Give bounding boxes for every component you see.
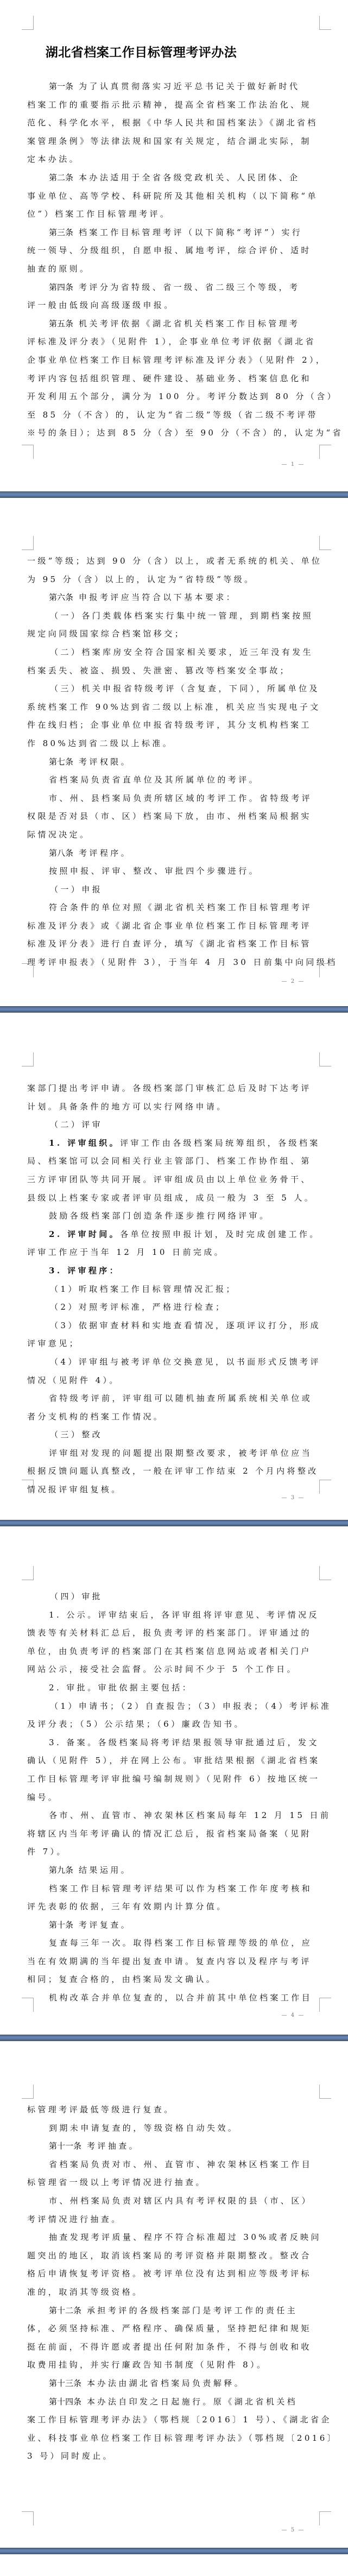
text-line: 编号。 <box>27 1789 255 1807</box>
line-text: 馈表等有关材料汇总后，报负责考评的档案部门。评审通过的 <box>27 1628 312 1638</box>
text-line: 范化、科学化水平，根据《中华人民共和国档案法》《湖北省档 <box>27 114 255 132</box>
bold-subheading: 3. 评审程序： <box>49 1266 120 1276</box>
line-text: （一）申报 <box>50 885 103 894</box>
line-text: 当在有效期满的当年提出复查申请。复查内容以及程序与考评 <box>27 1956 312 1966</box>
line-text: （二）档案库房安全符合国家相关要求，近三年没有发生 <box>50 647 313 657</box>
line-text: 情况报评审组复核。 <box>27 1485 122 1494</box>
line-text: ※号的条目）；达到 85 分（含）至 90 分（不含）的，认定为“省 <box>27 428 343 438</box>
line-text: 考评复查。 <box>79 1920 131 1930</box>
line-text: 事业单位、高等学校、科研院所及其他相关机构（以下简称“单 <box>27 191 318 201</box>
text-line: 至 85 分（不含）的，认定为“省二级”等级（省二级不考评带 <box>27 406 255 425</box>
line-text: 业、科技事业单位档案工作目标管理考评办法》（鄂档规〔2016〕 <box>27 2433 338 2443</box>
page-number: — 1 — <box>280 462 307 468</box>
article-heading-line: 第一条为了认真贯彻落实习近平总书记关于做好新时代 <box>27 78 255 96</box>
crop-mark-top-left <box>22 1566 34 1580</box>
line-text: 按照申报、评审、整改、审批四个步骤进行。 <box>49 866 260 876</box>
text-line: 评一般由低级向高级逐级申报。 <box>27 296 255 315</box>
text-line: 考评内容包括组织管理、硬件建设、基础业务、档案信息化和 <box>27 370 255 388</box>
page-number: — 3 — <box>280 1495 307 1501</box>
text-line: 市、州、县档案局负责所辖区域的考评工作。省特级考评 <box>27 790 255 808</box>
text-line: 题突出的地区，取消该档案局的考评资格并限期整改。整改合 <box>27 2247 255 2265</box>
line-text: 单位，由负责考评的档案部门在其档案信息网站或者相关门户 <box>27 1646 312 1656</box>
line-text: 评标准及评分表》（见附件 1），企事业单位考评依据《湖北省 <box>27 337 316 346</box>
line-text: 网站公示，接受社会监督。公示时间不少于 5 个工作日。 <box>27 1664 298 1674</box>
text-line: 3. 备案。各级档案局将考评结果报领导审批通过后，发文 <box>27 1734 255 1752</box>
text-line: 案工作目标管理考评办法》（鄂档规〔2016〕1 号）、《湖北省企 <box>27 2411 255 2429</box>
text-line: 单位，由负责考评的档案部门在其档案信息网站或者相关门户 <box>27 1643 255 1661</box>
text-line: 情况报评审组复核。 <box>27 1481 255 1499</box>
text-line: 县级以上档案专家或者评审员组成，成员一般为 3 至 5 人。 <box>27 1189 255 1208</box>
text-line: 标准及评分表》进行自查评分，填写《湖北省档案工作目标管 <box>27 935 255 954</box>
line-text: 件 7）。 <box>27 1847 67 1857</box>
line-text: 考评分为省特级、省一级、省二级三个等级，考 <box>79 282 300 292</box>
text-line: 事业单位、高等学校、科研院所及其他相关机构（以下简称“单 <box>27 187 255 206</box>
line-text: 案管理条例》等法律法规和国家有关规定，结合湖北实际，制 <box>27 136 312 146</box>
page-separator <box>0 1520 348 1526</box>
text-line: 网站公示，接受社会监督。公示时间不少于 5 个工作日。 <box>27 1660 255 1679</box>
article-heading-line: 第十一条考评抽查。 <box>27 2137 255 2156</box>
article-number: 第十一条 <box>49 2141 81 2151</box>
text-line: 将辖区内当年考评确认的情况汇总后，报省档案局备案（见附 <box>27 1825 255 1843</box>
text-line: 件在线归档；企事业单位申报省特级考评，其分支机构档案工 <box>27 716 255 735</box>
line-text: 系统档案工作 90%达到省二级以上标准，机关应当实现电子文 <box>27 702 321 712</box>
line-text: 为 95 分（含）以上的，认定为“省特级”等级。 <box>27 574 255 584</box>
text-line: 评先表彰的依据，三年有效期内计算分值。 <box>27 1898 255 1916</box>
text-line: 3 号）同时废止。 <box>27 2447 255 2466</box>
article-number: 第七条 <box>49 757 73 767</box>
bold-subheading: 2. 评审时间。 <box>49 1229 120 1239</box>
text-line: （一）各门类载体档案实行集中统一管理，到期档案按照 <box>27 607 255 626</box>
crop-mark-bottom-left <box>22 445 34 459</box>
line-text: 档案丢失、被盗、损毁、失泄密、篡改等档案安全事故； <box>27 666 290 675</box>
article-number: 第三条 <box>49 228 73 237</box>
line-text: 结果运用。 <box>79 1865 131 1875</box>
line-text: 案部门提出考评申请。各级档案部门审核汇总后及时下达考评 <box>27 1083 312 1093</box>
text-line: 抽查发现考评质量、程序不符合标准超过 30%或者反映问 <box>27 2228 255 2247</box>
line-text: 范化、科学化水平，根据《中华人民共和国档案法》《湖北省档 <box>27 118 318 128</box>
text-line: 标管理考评最低等级进行复查。 <box>27 2101 255 2119</box>
article-heading-line: 第十三条本办法由湖北省档案局负责解释。 <box>27 2375 255 2393</box>
line-text: 省特级考评前，评审组可以随机抽查所属系统相关单位或 <box>49 1393 312 1403</box>
article-heading-line: 第六条申报考评应当符合以下基本要求： <box>27 589 255 607</box>
line-text: 省档案局负责省直单位及其所属单位的考评。 <box>49 775 260 785</box>
line-text: 3. 备案。各级档案局将考评结果报领导审批通过后，发文 <box>49 1738 319 1747</box>
line-text: （二）评审 <box>50 1120 103 1129</box>
line-text: 2. 审批。审批依据主要包括： <box>49 1683 193 1693</box>
line-text: 本办法适用于全省各级党政机关、人民团体、企 <box>79 173 300 182</box>
text-line: 情况（见附件 4）。 <box>27 1372 255 1390</box>
line-text: 评审组对发现的问题提出限期整改要求，被考评单位应当 <box>49 1448 312 1458</box>
bold-subheading: 1. 评审组织。 <box>49 1138 120 1148</box>
article-number: 第九条 <box>49 1865 73 1875</box>
text-line: 相同；复查合格的，由档案局发文确认。 <box>27 1971 255 1989</box>
page-4: （四）审批1. 公示。评审结束后，各评审组将评审意见、考评情况反馈表等有关材料汇… <box>0 1526 348 2035</box>
line-text: 到期未申请复查的，等级资格自动失效。 <box>49 2123 238 2133</box>
crop-mark-bottom-left <box>22 2511 34 2526</box>
line-text: 承担考评的各级档案部门是考评工作的责任主 <box>87 2306 298 2315</box>
article-heading-line: 第三条档案工作目标管理考评（以下简称“考评”）实行 <box>27 224 255 242</box>
line-text: 计划。具备条件的地方可以实行网络申请。 <box>27 1102 227 1112</box>
line-text: 机关考评依据《湖北省机关档案工作目标管理考 <box>79 319 300 329</box>
article-number: 第六条 <box>49 592 73 602</box>
page-number: — 2 — <box>280 978 307 984</box>
line-text: 将辖区内当年考评确认的情况汇总后，报省档案局备案（见附 <box>27 1829 312 1839</box>
line-text: 各单位按照申报计划，及时完成创建工作。 <box>120 1229 320 1239</box>
text-line: （2）对照考评标准，严格进行检查； <box>27 1298 255 1317</box>
page-number: — 5 — <box>280 2527 307 2533</box>
text-line: 件 7）。 <box>27 1843 255 1861</box>
line-text: 考评内容包括组织管理、硬件建设、基础业务、档案信息化和 <box>27 374 312 383</box>
line-text: 符合条件的单位对照《湖北省机关档案工作目标管理考评 <box>49 902 312 912</box>
line-text: 考评抽查。 <box>87 2141 140 2151</box>
line-text: 及评分表；（5）公示结果；（6）廉政告知书。 <box>27 1719 245 1729</box>
article-number: 第十条 <box>49 1920 73 1930</box>
text-line: （三）整改 <box>27 1426 255 1444</box>
text-line: 作 80%达到省二级以上标准。 <box>27 735 255 753</box>
line-text: 准的，取消其等级资格。 <box>27 2287 143 2297</box>
article-heading-line: 第十二条承担考评的各级档案部门是考评工作的责任主 <box>27 2302 255 2320</box>
line-text: 市、州档案局负责对辖区内具有考评权限的县（市、区） <box>49 2196 312 2206</box>
text-line: （三）机关申报省特级考评（含复查，下同），所属单位及 <box>27 680 255 698</box>
page-separator <box>0 1006 348 1013</box>
article-number: 第二条 <box>49 173 73 182</box>
text-line: 评审组对发现的问题提出限期整改要求，被考评单位应当 <box>27 1444 255 1463</box>
text-line: 省档案局负责省直单位及其所属单位的考评。 <box>27 771 255 790</box>
text-line: 企事业单位档案工作目标管理考评标准及评分表》（见附件 2）， <box>27 351 255 370</box>
article-heading-line: 第五条机关考评依据《湖北省机关档案工作目标管理考 <box>27 315 255 333</box>
line-text: 情况（见附件 4）。 <box>27 1375 120 1385</box>
text-line: 馈表等有关材料汇总后，报负责考评的档案部门。评审通过的 <box>27 1624 255 1643</box>
crop-mark-top-left <box>22 16 34 30</box>
text-line: （1）申请书；（2）自查报告；（3）申报表；（4）考评标准 <box>27 1697 255 1716</box>
text-line: 各市、州、直管市、神农架林区档案局每年 12 月 15 日前 <box>27 1807 255 1825</box>
page-5: 标管理考评最低等级进行复查。到期未申请复查的，等级资格自动失效。第十一条考评抽查… <box>0 2041 348 2548</box>
text-line: 体，必须坚持标准、严格程序、确保质量，坚持把纪律和规矩 <box>27 2320 255 2338</box>
line-text: 鼓励各级档案部门创造条件逐步推行网络评审。 <box>49 1211 270 1221</box>
text-line: （二）档案库房安全符合国家相关要求，近三年没有发生 <box>27 643 255 662</box>
line-text: 工作目标管理考评审批编号编制规则》（见附件 6）按地区统一 <box>27 1774 320 1784</box>
text-line: 系统档案工作 90%达到省二级以上标准，机关应当实现电子文 <box>27 698 255 717</box>
text-line: 复查每三年一次。取得档案工作目标管理等级的单位，应 <box>27 1934 255 1953</box>
page-content: 一级”等级；达到 90 分（含）以上，或者无系统的机关、单位为 95 分（含）以… <box>27 552 255 972</box>
line-text: 考评权限。 <box>79 757 131 767</box>
line-text: 开发利用五个部分，满分为 100 分。考评分数达到 80 分（含） <box>27 392 338 401</box>
crop-mark-bottom-right <box>319 1998 331 2012</box>
line-text: 三方评审团队等共同开展。评审组成员由以上单位业务骨干、 <box>27 1175 312 1184</box>
text-line: 三方评审团队等共同开展。评审组成员由以上单位业务骨干、 <box>27 1171 255 1189</box>
text-line: 为 95 分（含）以上的，认定为“省特级”等级。 <box>27 571 255 589</box>
line-text: 1. 公示。评审结束后，各评审组将评审意见、考评情况反 <box>49 1610 319 1620</box>
text-line: 按照申报、评审、整改、审批四个步骤进行。 <box>27 862 255 881</box>
page-content: 案部门提出考评申请。各级档案部门审核汇总后及时下达考评计划。具备条件的地方可以实… <box>27 1079 255 1499</box>
crop-mark-bottom-left <box>22 963 34 977</box>
article-heading-line: 第四条考评分为省特级、省一级、省二级三个等级，考 <box>27 279 255 297</box>
line-text: 权限是否对县（市、区）档案局下放，由市、州档案局根据实 <box>27 811 312 821</box>
text-line: 挺在前面，不得许愿或者提出任何附加条件，不得与创收和收 <box>27 2338 255 2357</box>
line-text: 考评情况进行抽查。 <box>27 2214 122 2224</box>
text-line: 取费用挂钩，并实行廉政告知书制度（见附件 8）。 <box>27 2356 255 2375</box>
text-line: （四）审批 <box>27 1588 255 1606</box>
line-text: （三）整改 <box>50 1430 103 1439</box>
text-line: 评标准及评分表》（见附件 1），企事业单位考评依据《湖北省 <box>27 333 255 351</box>
text-line: 统一领导、分级组织，自愿申报、属地考评，综合评价、适时 <box>27 242 255 260</box>
text-line: 准的，取消其等级资格。 <box>27 2283 255 2302</box>
article-number: 第八条 <box>49 848 73 858</box>
text-line: 抽查的原则。 <box>27 260 255 279</box>
text-line: 根据反馈问题认真整改，一般在评审工作结束 2 个月内将整改 <box>27 1462 255 1481</box>
text-line: 考评情况进行抽查。 <box>27 2211 255 2229</box>
line-text: 本办法由湖北省档案局负责解释。 <box>87 2378 245 2388</box>
line-text: 机构改革合并单位复查的，以合并前其中单位档案工作目 <box>49 1993 312 2003</box>
text-line: 1. 公示。评审结束后，各评审组将评审意见、考评情况反 <box>27 1606 255 1625</box>
crop-mark-bottom-left <box>22 1480 34 1494</box>
article-number: 第十四条 <box>49 2397 81 2407</box>
text-line: 2. 审批。审批依据主要包括： <box>27 1679 255 1697</box>
text-line: 定本办法。 <box>27 150 255 169</box>
line-text: （3）依据审查材料和实地查看情况，逐项评议打分，形成 <box>50 1321 321 1330</box>
line-text: 评审工作由各级档案局统筹组织，各级档案 <box>120 1138 320 1148</box>
article-number: 第十三条 <box>49 2378 81 2388</box>
text-line: 档案丢失、被盗、损毁、失泄密、篡改等档案安全事故； <box>27 662 255 680</box>
article-heading-line: 第十条考评复查。 <box>27 1916 255 1935</box>
text-line: 确认（见附件 5），并在网上公布。审批结果根据《湖北省档案 <box>27 1752 255 1770</box>
crop-mark-top-right <box>319 1566 331 1580</box>
text-line: 省档案局负责对市、州、直管市、神农架林区档案工作目 <box>27 2156 255 2174</box>
text-line: 标管理省一级以上考评情况进行抽查。 <box>27 2174 255 2192</box>
text-line: 及评分表；（5）公示结果；（6）廉政告知书。 <box>27 1715 255 1734</box>
line-text: 相同；复查合格的，由档案局发文确认。 <box>27 1974 217 1984</box>
line-text: 定本办法。 <box>27 154 80 164</box>
line-text: 档案工作目标管理考评（以下简称“考评”）实行 <box>79 228 302 237</box>
text-line: （一）申报 <box>27 881 255 899</box>
line-text: 理考评申报表》（见附件 3），于当年 4 月 30 日前集中向同级档 <box>27 957 338 967</box>
line-text: 位”）档案工作目标管理考评。 <box>27 209 170 219</box>
line-text: 档案工作的重要指示批示精神，提高全省档案工作法治化、规 <box>27 100 312 110</box>
line-text: 体，必须坚持标准、严格程序、确保质量，坚持把纪律和规矩 <box>27 2324 312 2333</box>
page-separator <box>0 2035 348 2041</box>
line-text: 至 85 分（不含）的，认定为“省二级”等级（省二级不考评带 <box>27 410 318 420</box>
line-text: 3 号）同时废止。 <box>27 2451 113 2461</box>
text-line: （1）听取档案工作目标管理情况汇报； <box>27 1280 255 1299</box>
line-text: 作 80%达到省二级以上标准。 <box>27 738 173 748</box>
line-text: 市、州、县档案局负责所辖区域的考评工作。省特级考评 <box>49 793 312 803</box>
text-line: 省特级考评前，评审组可以随机抽查所属系统相关单位或 <box>27 1390 255 1408</box>
line-text: 一级”等级；达到 90 分（含）以上，或者无系统的机关、单位 <box>27 556 322 566</box>
line-text: （4）评审组与被考评单位交换意见，以书面形式反馈考评 <box>50 1357 321 1367</box>
line-text: 编号。 <box>27 1792 59 1802</box>
crop-mark-bottom-right <box>319 1480 331 1494</box>
line-text: 标管理省一级以上考评情况进行抽查。 <box>27 2177 206 2187</box>
line-text: 标准及评分表》进行自查评分，填写《湖北省档案工作目标管 <box>27 939 312 949</box>
page-separator <box>0 2548 348 2554</box>
article-heading-line: 第九条结果运用。 <box>27 1861 255 1880</box>
crop-mark-top-right <box>319 2085 331 2099</box>
article-heading-line: 第二条本办法适用于全省各级党政机关、人民团体、企 <box>27 169 255 187</box>
text-line: （二）评审 <box>27 1116 255 1134</box>
text-line: 评审工作应于当年 12 月 10 日前完成。 <box>27 1243 255 1262</box>
text-line: 计划。具备条件的地方可以实行网络申请。 <box>27 1098 255 1116</box>
line-text: （三）机关申报省特级考评（含复查，下同），所属单位及 <box>50 684 320 693</box>
text-line: 评审意见； <box>27 1335 255 1353</box>
page-2: 一级”等级；达到 90 分（含）以上，或者无系统的机关、单位为 95 分（含）以… <box>0 498 348 1006</box>
crop-mark-top-right <box>319 16 331 30</box>
text-line: 格后申请恢复考评资格。被考评单位没有达到相应等级考评标 <box>27 2265 255 2283</box>
line-text: 标准及评分表》或《湖北省企事业单位档案工作目标管理考评 <box>27 921 312 931</box>
line-text: 案工作目标管理考评办法》（鄂档规〔2016〕1 号）、《湖北省企 <box>27 2415 332 2425</box>
article-heading-line: 第七条考评权限。 <box>27 753 255 772</box>
crop-mark-bottom-right <box>319 2511 331 2526</box>
text-line: 3. 评审程序： <box>27 1262 255 1280</box>
line-text: 件在线归档；企事业单位申报省特级考评，其分支机构档案工 <box>27 720 312 730</box>
line-text: 抽查的原则。 <box>27 264 90 274</box>
line-text: 规定向同级国家综合档案馆移交； <box>27 629 185 639</box>
line-text: 格后申请恢复考评资格。被考评单位没有达到相应等级考评标 <box>27 2269 312 2278</box>
article-number: 第四条 <box>49 282 73 292</box>
page-content: 标管理考评最低等级进行复查。到期未申请复查的，等级资格自动失效。第十一条考评抽查… <box>27 2101 255 2466</box>
line-text: 统一领导、分级组织，自愿申报、属地考评，综合评价、适时 <box>27 245 312 255</box>
text-line: 位”）档案工作目标管理考评。 <box>27 205 255 224</box>
line-text: 评一般由低级向高级逐级申报。 <box>27 300 175 310</box>
page-number: — 4 — <box>280 2012 307 2018</box>
line-text: （四）审批 <box>50 1592 103 1601</box>
line-text: 挺在前面，不得许愿或者提出任何附加条件，不得与创收和收 <box>27 2342 312 2352</box>
text-line: 一级”等级；达到 90 分（含）以上，或者无系统的机关、单位 <box>27 552 255 571</box>
line-text: 者分支机构的档案工作情况。 <box>27 1412 164 1422</box>
line-text: 确认（见附件 5），并在网上公布。审批结果根据《湖北省档案 <box>27 1756 320 1765</box>
text-line: 市、州档案局负责对辖区内具有考评权限的县（市、区） <box>27 2192 255 2211</box>
page-content: （四）审批1. 公示。评审结束后，各评审组将评审意见、考评情况反馈表等有关材料汇… <box>27 1588 255 2007</box>
text-line: 档案工作目标管理考评结果可以作为档案工作年度考核和 <box>27 1880 255 1898</box>
text-line: 案部门提出考评申请。各级档案部门审核汇总后及时下达考评 <box>27 1079 255 1098</box>
page-1: 湖北省档案工作目标管理考评办法 第一条为了认真贯彻落实习近平总书记关于做好新时代… <box>0 0 348 491</box>
text-line: ※号的条目）；达到 85 分（含）至 90 分（不含）的，认定为“省 <box>27 424 255 443</box>
line-text: 申报考评应当符合以下基本要求： <box>79 592 237 602</box>
document-title: 湖北省档案工作目标管理考评办法 <box>27 35 255 70</box>
article-heading-line: 第十四条本办法自印发之日起施行。原《湖北省机关档 <box>27 2393 255 2411</box>
crop-mark-top-left <box>22 536 34 550</box>
line-text: 县级以上档案专家或者评审员组成，成员一般为 3 至 5 人。 <box>27 1193 315 1203</box>
line-text: （1）申请书；（2）自查报告；（3）申报表；（4）考评标准 <box>50 1701 331 1711</box>
text-line: 档案工作的重要指示批示精神，提高全省档案工作法治化、规 <box>27 96 255 115</box>
article-number: 第五条 <box>49 319 73 329</box>
crop-mark-bottom-left <box>22 1998 34 2012</box>
text-line: 标准及评分表》或《湖北省企事业单位档案工作目标管理考评 <box>27 917 255 936</box>
article-number: 第一条 <box>49 81 73 91</box>
line-text: 本办法自印发之日起施行。原《湖北省机关档 <box>87 2397 298 2407</box>
crop-mark-top-left <box>22 1052 34 1066</box>
text-line: 机构改革合并单位复查的，以合并前其中单位档案工作目 <box>27 1989 255 2007</box>
page-separator <box>0 491 348 498</box>
line-text: 各市、州、直管市、神农架林区档案局每年 12 月 15 日前 <box>49 1810 331 1820</box>
line-text: （1）听取档案工作目标管理情况汇报； <box>50 1284 237 1294</box>
article-heading-line: 第八条考评程序。 <box>27 844 255 863</box>
text-line: 符合条件的单位对照《湖北省机关档案工作目标管理考评 <box>27 899 255 917</box>
line-text: 复查每三年一次。取得档案工作目标管理等级的单位，应 <box>49 1938 312 1948</box>
text-line: 者分支机构的档案工作情况。 <box>27 1408 255 1426</box>
line-text: 评审工作应于当年 12 月 10 日前完成。 <box>27 1247 225 1257</box>
line-text: 企事业单位档案工作目标管理考评标准及评分表》（见附件 2）， <box>27 355 326 365</box>
page-3: 案部门提出考评申请。各级档案部门审核汇总后及时下达考评计划。具备条件的地方可以实… <box>0 1013 348 1520</box>
text-line: 到期未申请复查的，等级资格自动失效。 <box>27 2119 255 2138</box>
text-line: （4）评审组与被考评单位交换意见，以书面形式反馈考评 <box>27 1353 255 1372</box>
text-line: 案管理条例》等法律法规和国家有关规定，结合湖北实际，制 <box>27 132 255 151</box>
line-text: 抽查发现考评质量、程序不符合标准超过 30%或者反映问 <box>49 2232 321 2242</box>
crop-mark-top-right <box>319 536 331 550</box>
text-line: （3）依据审查材料和实地查看情况，逐项评议打分，形成 <box>27 1317 255 1335</box>
text-line: 际情况决定。 <box>27 826 255 844</box>
crop-mark-top-left <box>22 2085 34 2099</box>
text-line: 2. 评审时间。各单位按照申报计划，及时完成创建工作。 <box>27 1226 255 1244</box>
text-line: 理考评申报表》（见附件 3），于当年 4 月 30 日前集中向同级档 <box>27 954 255 972</box>
text-line: 权限是否对县（市、区）档案局下放，由市、州档案局根据实 <box>27 807 255 826</box>
line-text: 题突出的地区，取消该档案局的考评资格并限期整改。整改合 <box>27 2251 312 2261</box>
line-text: 评审意见； <box>27 1338 80 1348</box>
line-text: （2）对照考评标准，严格进行检查； <box>50 1302 226 1312</box>
page-content: 湖北省档案工作目标管理考评办法 第一条为了认真贯彻落实习近平总书记关于做好新时代… <box>27 35 255 443</box>
text-line: 规定向同级国家综合档案馆移交； <box>27 625 255 643</box>
text-line: 1. 评审组织。评审工作由各级档案局统筹组织，各级档案 <box>27 1134 255 1153</box>
line-text: 根据反馈问题认真整改，一般在评审工作结束 2 个月内将整改 <box>27 1466 319 1476</box>
document-viewer: 湖北省档案工作目标管理考评办法 第一条为了认真贯彻落实习近平总书记关于做好新时代… <box>0 0 348 2554</box>
line-text: 为了认真贯彻落实习近平总书记关于做好新时代 <box>79 81 300 91</box>
line-text: （一）各门类载体档案实行集中统一管理，到期档案按照 <box>50 611 313 621</box>
text-line: 工作目标管理考评审批编号编制规则》（见附件 6）按地区统一 <box>27 1770 255 1789</box>
text-line: 局、档案馆可以会同相关行业主管部门、档案工作协作组、第 <box>27 1152 255 1171</box>
line-text: 取费用挂钩，并实行廉政告知书制度（见附件 8）。 <box>27 2360 267 2370</box>
line-text: 考评程序。 <box>79 848 131 858</box>
text-line: 开发利用五个部分，满分为 100 分。考评分数达到 80 分（含） <box>27 388 255 406</box>
crop-mark-bottom-right <box>319 445 331 459</box>
line-text: 评先表彰的依据，三年有效期内计算分值。 <box>27 1902 227 1911</box>
line-text: 局、档案馆可以会同相关行业主管部门、档案工作协作组、第 <box>27 1156 312 1166</box>
text-line: 当在有效期满的当年提出复查申请。复查内容以及程序与考评 <box>27 1953 255 1971</box>
line-text: 档案工作目标管理考评结果可以作为档案工作年度考核和 <box>49 1884 312 1893</box>
crop-mark-top-right <box>319 1052 331 1066</box>
line-text: 际情况决定。 <box>27 830 90 839</box>
line-text: 标管理考评最低等级进行复查。 <box>27 2105 175 2114</box>
crop-mark-bottom-right <box>319 963 331 977</box>
text-line: 业、科技事业单位档案工作目标管理考评办法》（鄂档规〔2016〕 <box>27 2429 255 2448</box>
article-number: 第十二条 <box>49 2306 81 2315</box>
text-line: 鼓励各级档案部门创造条件逐步推行网络评审。 <box>27 1207 255 1226</box>
line-text: 省档案局负责对市、州、直管市、神农架林区档案工作目 <box>49 2160 312 2169</box>
